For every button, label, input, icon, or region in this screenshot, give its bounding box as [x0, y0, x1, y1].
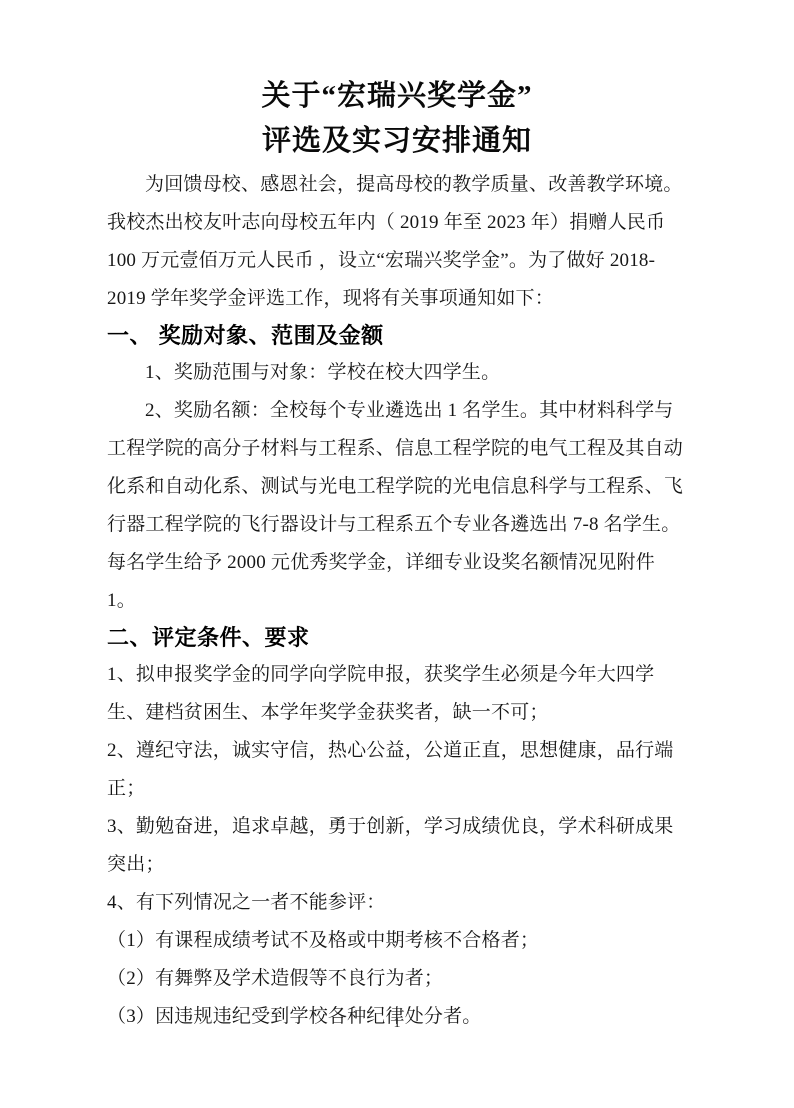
page-number: 1	[0, 1016, 794, 1032]
section-2-item-3: 3、勤勉奋进，追求卓越，勇于创新，学习成绩优良，学术科研成果突出；	[107, 808, 687, 884]
section-1-item-2: 2、奖励名额：全校每个专业遴选出 1 名学生。其中材料科学与工程学院的高分子材料…	[107, 392, 687, 620]
section-2-item-1: 1、拟申报奖学金的同学向学院申报，获奖学生必须是今年大四学生、建档贫困生、本学年…	[107, 656, 687, 732]
document-page: 关于“宏瑞兴奖学金” 评选及实习安排通知 为回馈母校、感恩社会，提高母校的教学质…	[0, 0, 794, 1108]
section-2-subitem-2: （2）有舞弊及学术造假等不良行为者；	[107, 960, 687, 998]
section-2-subitem-1: （1）有课程成绩考试不及格或中期考核不合格者；	[107, 922, 687, 960]
document-title: 关于“宏瑞兴奖学金” 评选及实习安排通知	[0, 0, 794, 164]
title-line-1: 关于“宏瑞兴奖学金”	[0, 74, 794, 119]
section-2-item-4: 4、有下列情况之一者不能参评：	[107, 884, 687, 922]
title-line-2: 评选及实习安排通知	[0, 119, 794, 164]
document-body: 为回馈母校、感恩社会，提高母校的教学质量、改善教学环境。我校杰出校友叶志向母校五…	[107, 166, 687, 1036]
section-1-item-1: 1、奖励范围与对象：学校在校大四学生。	[107, 354, 687, 392]
section-1-heading: 一、 奖励对象、范围及金额	[107, 318, 687, 354]
section-2-item-2: 2、遵纪守法，诚实守信，热心公益，公道正直，思想健康，品行端正；	[107, 732, 687, 808]
section-2-heading: 二、评定条件、要求	[107, 620, 687, 656]
intro-paragraph: 为回馈母校、感恩社会，提高母校的教学质量、改善教学环境。我校杰出校友叶志向母校五…	[107, 166, 687, 318]
